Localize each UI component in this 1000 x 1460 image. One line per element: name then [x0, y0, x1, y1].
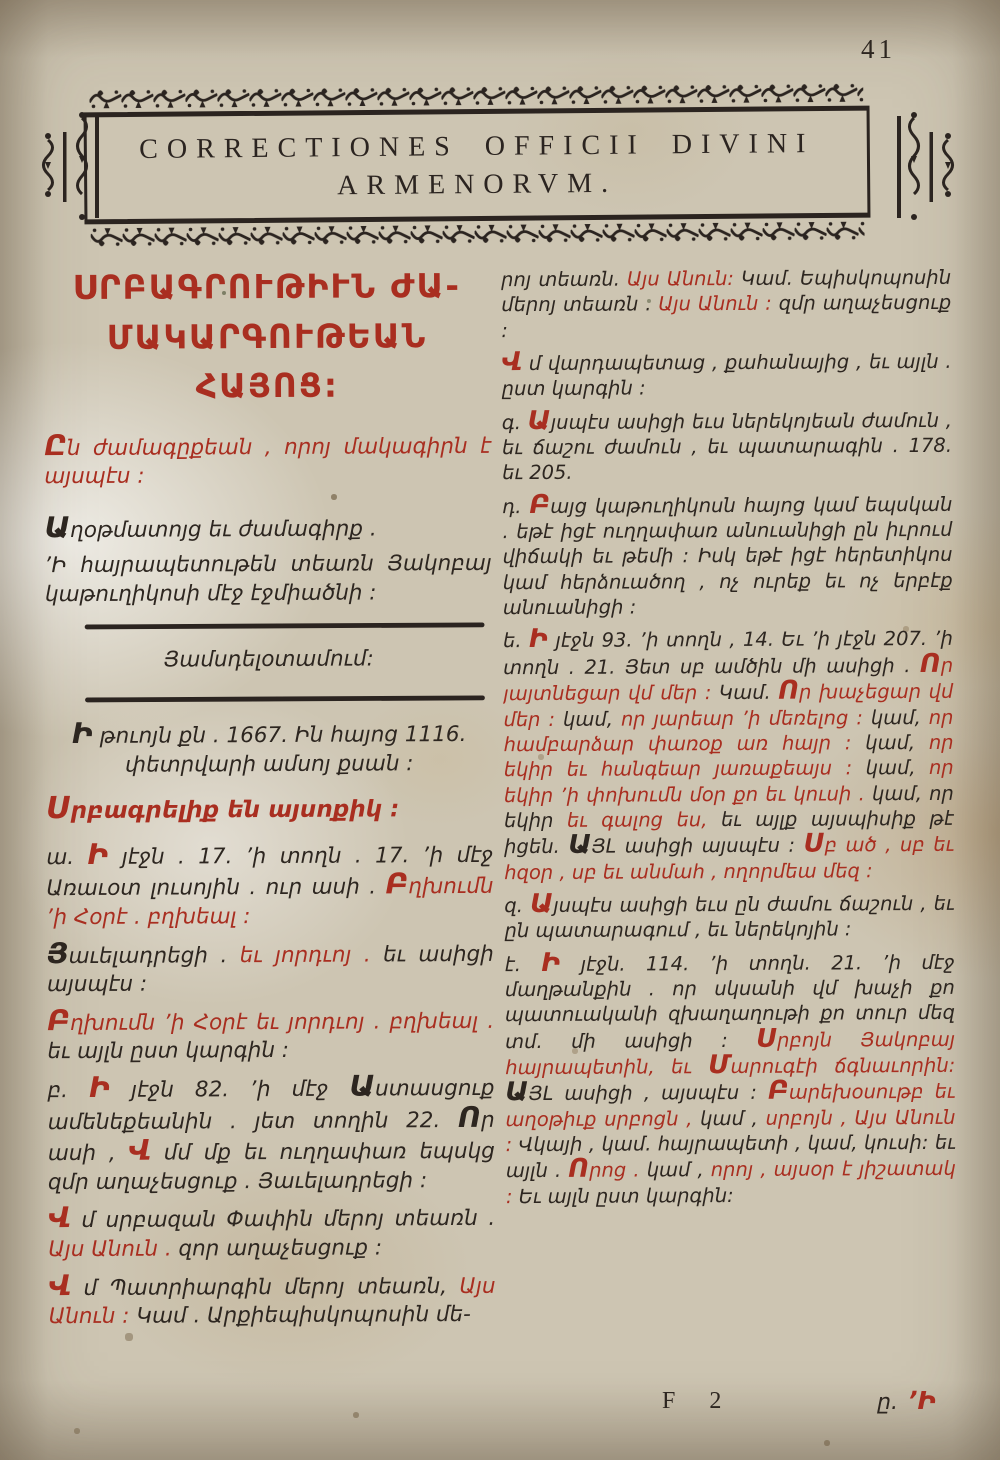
text-paragraph: ա. Ի յէջն . 17. ՚ի տողն . 17. ՚ի մէջ Առա…: [46, 839, 493, 933]
rubricated-text: Ո: [920, 649, 941, 679]
body-text: մ Պատրիարգին մերոյ տեառն,: [71, 1274, 460, 1301]
rubricated-text: Բ: [768, 1076, 789, 1106]
body-text: ե.: [503, 630, 529, 653]
text-paragraph: րոյ տեառն. Այս Անուն: Կամ. Եպիսկոպոսին մ…: [501, 265, 951, 343]
text-paragraph: Ի թուոյն քն . 1667. Ին հայոց 1116. փետրվ…: [46, 718, 493, 781]
body-text: Ա: [568, 830, 591, 860]
rubricated-text: Բ: [385, 868, 408, 901]
rubricated-text: ղխումն ՚ի Հօրէ եւ յորդւոյ . բղխեալ .: [70, 1009, 494, 1036]
body-text: կամ,: [866, 756, 929, 779]
text-paragraph: գ. Այսպէս ասիցի եւս ներեկոյեան ժամուն , …: [502, 407, 952, 486]
body-text: այց կաթուղիկոսն հայոց կամ եպսկան . եթէ ի…: [502, 493, 952, 620]
catchword: ը.՚Ի: [877, 1386, 936, 1415]
text-paragraph: է. Ի յէջն. 114. ՚ի տողն. 21. ՚ի մէջ մաղթ…: [505, 948, 956, 1209]
body-text: Եւ այլն ըստ կարգին:: [519, 1184, 734, 1208]
armenian-display-title: ՍՐԲԱԳՐՈՒԹԻՒՆ ԺԱ-ՄԱԿԱՐԳՈՒԹԵԱՆՀԱՅՈՑ:: [43, 261, 491, 412]
body-text: զ.: [504, 894, 530, 917]
rubricated-text: րոց .: [589, 1159, 647, 1182]
body-text: կամ,: [871, 705, 929, 728]
text-paragraph: Ըն ժամագըքեան , որոյ մակագիրն է այսպէս :: [44, 429, 491, 492]
latin-title-line1: CORRECTIONES OFFICII DIVINI: [97, 125, 857, 169]
rubricated-text: Այս Անուն .: [48, 1236, 171, 1262]
left-text-column: ՍՐԲԱԳՐՈՒԹԻՒՆ ԺԱ-ՄԱԿԱՐԳՈՒԹԵԱՆՀԱՅՈՑ:Ըն ժամ…: [43, 261, 496, 1339]
floral-vine-band-icon: [91, 219, 865, 249]
body-text: ՚Ի հայրապետութեն տեառն Յակոբայ կաթուղիկո…: [45, 551, 492, 607]
catchword-red: ՚Ի: [908, 1386, 936, 1415]
text-paragraph: Վ մ Պատրիարգին մերոյ տեառն, Այս Անուն : …: [48, 1269, 495, 1332]
rubricated-text: ն ժամագըքեան , որոյ մակագիրն է այսպէս :: [44, 433, 491, 489]
body-text: թուոյն քն . 1667. Ին հայոց 1116. փետրվար…: [93, 722, 467, 777]
rubricated-text: Ի: [541, 947, 560, 977]
divider-rule: [85, 623, 484, 629]
rubricated-text: Ի: [87, 838, 108, 871]
page-number: 41: [861, 34, 896, 65]
paper-specks: [0, 0, 2, 2]
catchword-black: ը.: [877, 1390, 898, 1415]
body-text: Ա: [44, 511, 70, 544]
body-text: ՅԼ ասիցի այսպէս :: [592, 834, 804, 858]
body-text: կամ,: [563, 707, 621, 730]
rubricated-text: որ յարեար ՚ի մեռելոց :: [621, 706, 871, 730]
body-text: եւ այլն ըստ կարգին :: [47, 1038, 289, 1064]
body-text: բ.: [47, 1078, 89, 1103]
rubricated-text: րբագրելիք են այսոքիկ :: [71, 797, 400, 825]
body-text: աւելադրեցի .: [68, 943, 239, 969]
fleuron-column-icon: [892, 110, 960, 222]
text-paragraph: ՚Ի հայրապետութեն տեառն Յակոբայ կաթուղիկո…: [45, 550, 492, 610]
body-text: Կամ.: [719, 681, 778, 704]
rubricated-text: Ո: [568, 1154, 589, 1184]
rubricated-text: Այս Անուն:: [627, 267, 734, 291]
body-text: Ի: [72, 717, 93, 750]
body-text: րոյ տեառն.: [501, 268, 627, 292]
body-text: Կամ . Արքիեպիսկոպոսին մե-: [129, 1302, 471, 1329]
rubricated-text: Ա: [527, 406, 550, 436]
rubricated-text: Բ: [529, 490, 550, 520]
latin-title-line2: ARMENORVM.: [97, 162, 857, 206]
text-paragraph: զ. Այսպէս ասիցի եւս ըն ժամու ճաշուն , եւ…: [504, 890, 954, 944]
text-paragraph: Վ մ վարդապետաց , քահանայից , եւ այլն . ը…: [501, 348, 951, 402]
text-paragraph: Աղօթմատոյց եւ ժամագիրք .: [44, 512, 491, 546]
body-text: յսպէս ասիցի եւս ներեկոյեան ժամուն , եւ ճ…: [502, 409, 952, 485]
book-page: 41: [0, 0, 1000, 1460]
body-text: մ վարդապետաց , քահանայից , եւ այլն . ըստ…: [502, 350, 952, 401]
rubricated-text: Ի: [89, 1071, 110, 1104]
rubricated-text: Ս: [756, 1023, 777, 1053]
body-text: է.: [505, 953, 542, 976]
body-text: մ սրբազան Փափին մերոյ տեառն .: [71, 1206, 496, 1233]
body-text: ա.: [46, 845, 87, 870]
rubricated-text: եւ յորդւոյ .: [240, 942, 384, 968]
text-paragraph: Վ մ սրբազան Փափին մերոյ տեառն . Այս Անու…: [48, 1202, 495, 1265]
rubricated-text: Վ: [128, 1134, 151, 1167]
right-text-column: րոյ տեառն. Այս Անուն: Կամ. Եպիսկոպոսին մ…: [501, 265, 957, 1393]
rubricated-text: Այս Անուն :: [658, 292, 772, 316]
body-text: Ա: [505, 1077, 528, 1107]
rubricated-text: Բ: [47, 1004, 70, 1037]
body-text: յէջն 82. ՚ի մէջ: [110, 1077, 350, 1103]
body-text: ՅԼ ասիցի , այսպէս :: [529, 1081, 768, 1105]
body-text: Ո: [458, 1100, 481, 1133]
text-paragraph: ե. Ի յէջն 93. ՚ի տողն , 14. Եւ ՚ի յէջն 2…: [503, 625, 954, 885]
rubricated-text: Ը: [44, 429, 67, 462]
divider-rule: [85, 696, 484, 702]
body-text: յէջն 93. ՚ի տողն , 14. Եւ ՚ի յէջն 207. ՚…: [503, 627, 953, 679]
body-text: Յ: [47, 937, 69, 970]
body-text: ղօթմատոյց եւ ժամագիրք .: [70, 516, 377, 543]
text-paragraph: Յաւելադրեցի . եւ յորդւոյ . եւ ասիցի այսպ…: [47, 937, 494, 1000]
rubricated-text: արուգէի ճգնաւորին:: [730, 1054, 955, 1078]
rubricated-text: Ս: [46, 791, 71, 826]
body-text: գ.: [502, 411, 528, 434]
body-text: Յամսդելօտամում:: [164, 647, 374, 673]
body-text: զոր աղաչեսցուք :: [172, 1235, 383, 1261]
rubricated-text: Ո: [778, 676, 799, 706]
text-paragraph: Յամսդելօտամում:: [45, 645, 492, 676]
body-text: կամ ,: [700, 1106, 766, 1129]
rubricated-text: Վ: [48, 1201, 71, 1234]
body-text: դ.: [502, 495, 529, 518]
body-text: կամ,: [865, 731, 929, 754]
text-paragraph: Սրբագրելիք են այսոքիկ :: [46, 792, 493, 827]
header: CORRECTIONES OFFICII DIVINI ARMENORVM.: [83, 81, 870, 249]
body-text: կամ ,: [647, 1158, 711, 1181]
rubricated-text: Ս: [804, 829, 825, 859]
text-paragraph: բ. Ի յէջն 82. ՚ի մէջ Աստասցուք ամենեքեան…: [47, 1072, 495, 1198]
rubricated-text: Վ: [501, 347, 522, 377]
rubricated-text: Ի: [529, 624, 548, 654]
rubricated-text: Ա: [530, 889, 553, 919]
body-text: յսպէս ասիցի եւս ըն ժամու ճաշուն , եւ ըն …: [504, 892, 954, 943]
latin-title-box: CORRECTIONES OFFICII DIVINI ARMENORVM.: [84, 106, 871, 224]
rubricated-text: Վ: [48, 1269, 71, 1302]
gathering-signature: F 2: [662, 1388, 735, 1415]
text-paragraph: Բղխումն ՚ի Հօրէ եւ յորդւոյ . բղխեալ . եւ…: [47, 1005, 494, 1068]
body-text: Ա: [349, 1069, 375, 1102]
rubricated-text: Մ: [708, 1050, 730, 1080]
text-paragraph: դ. Բայց կաթուղիկոսն հայոց կամ եպսկան . ե…: [502, 491, 953, 621]
rubricated-text: եւ գալոց ես,: [567, 808, 721, 832]
